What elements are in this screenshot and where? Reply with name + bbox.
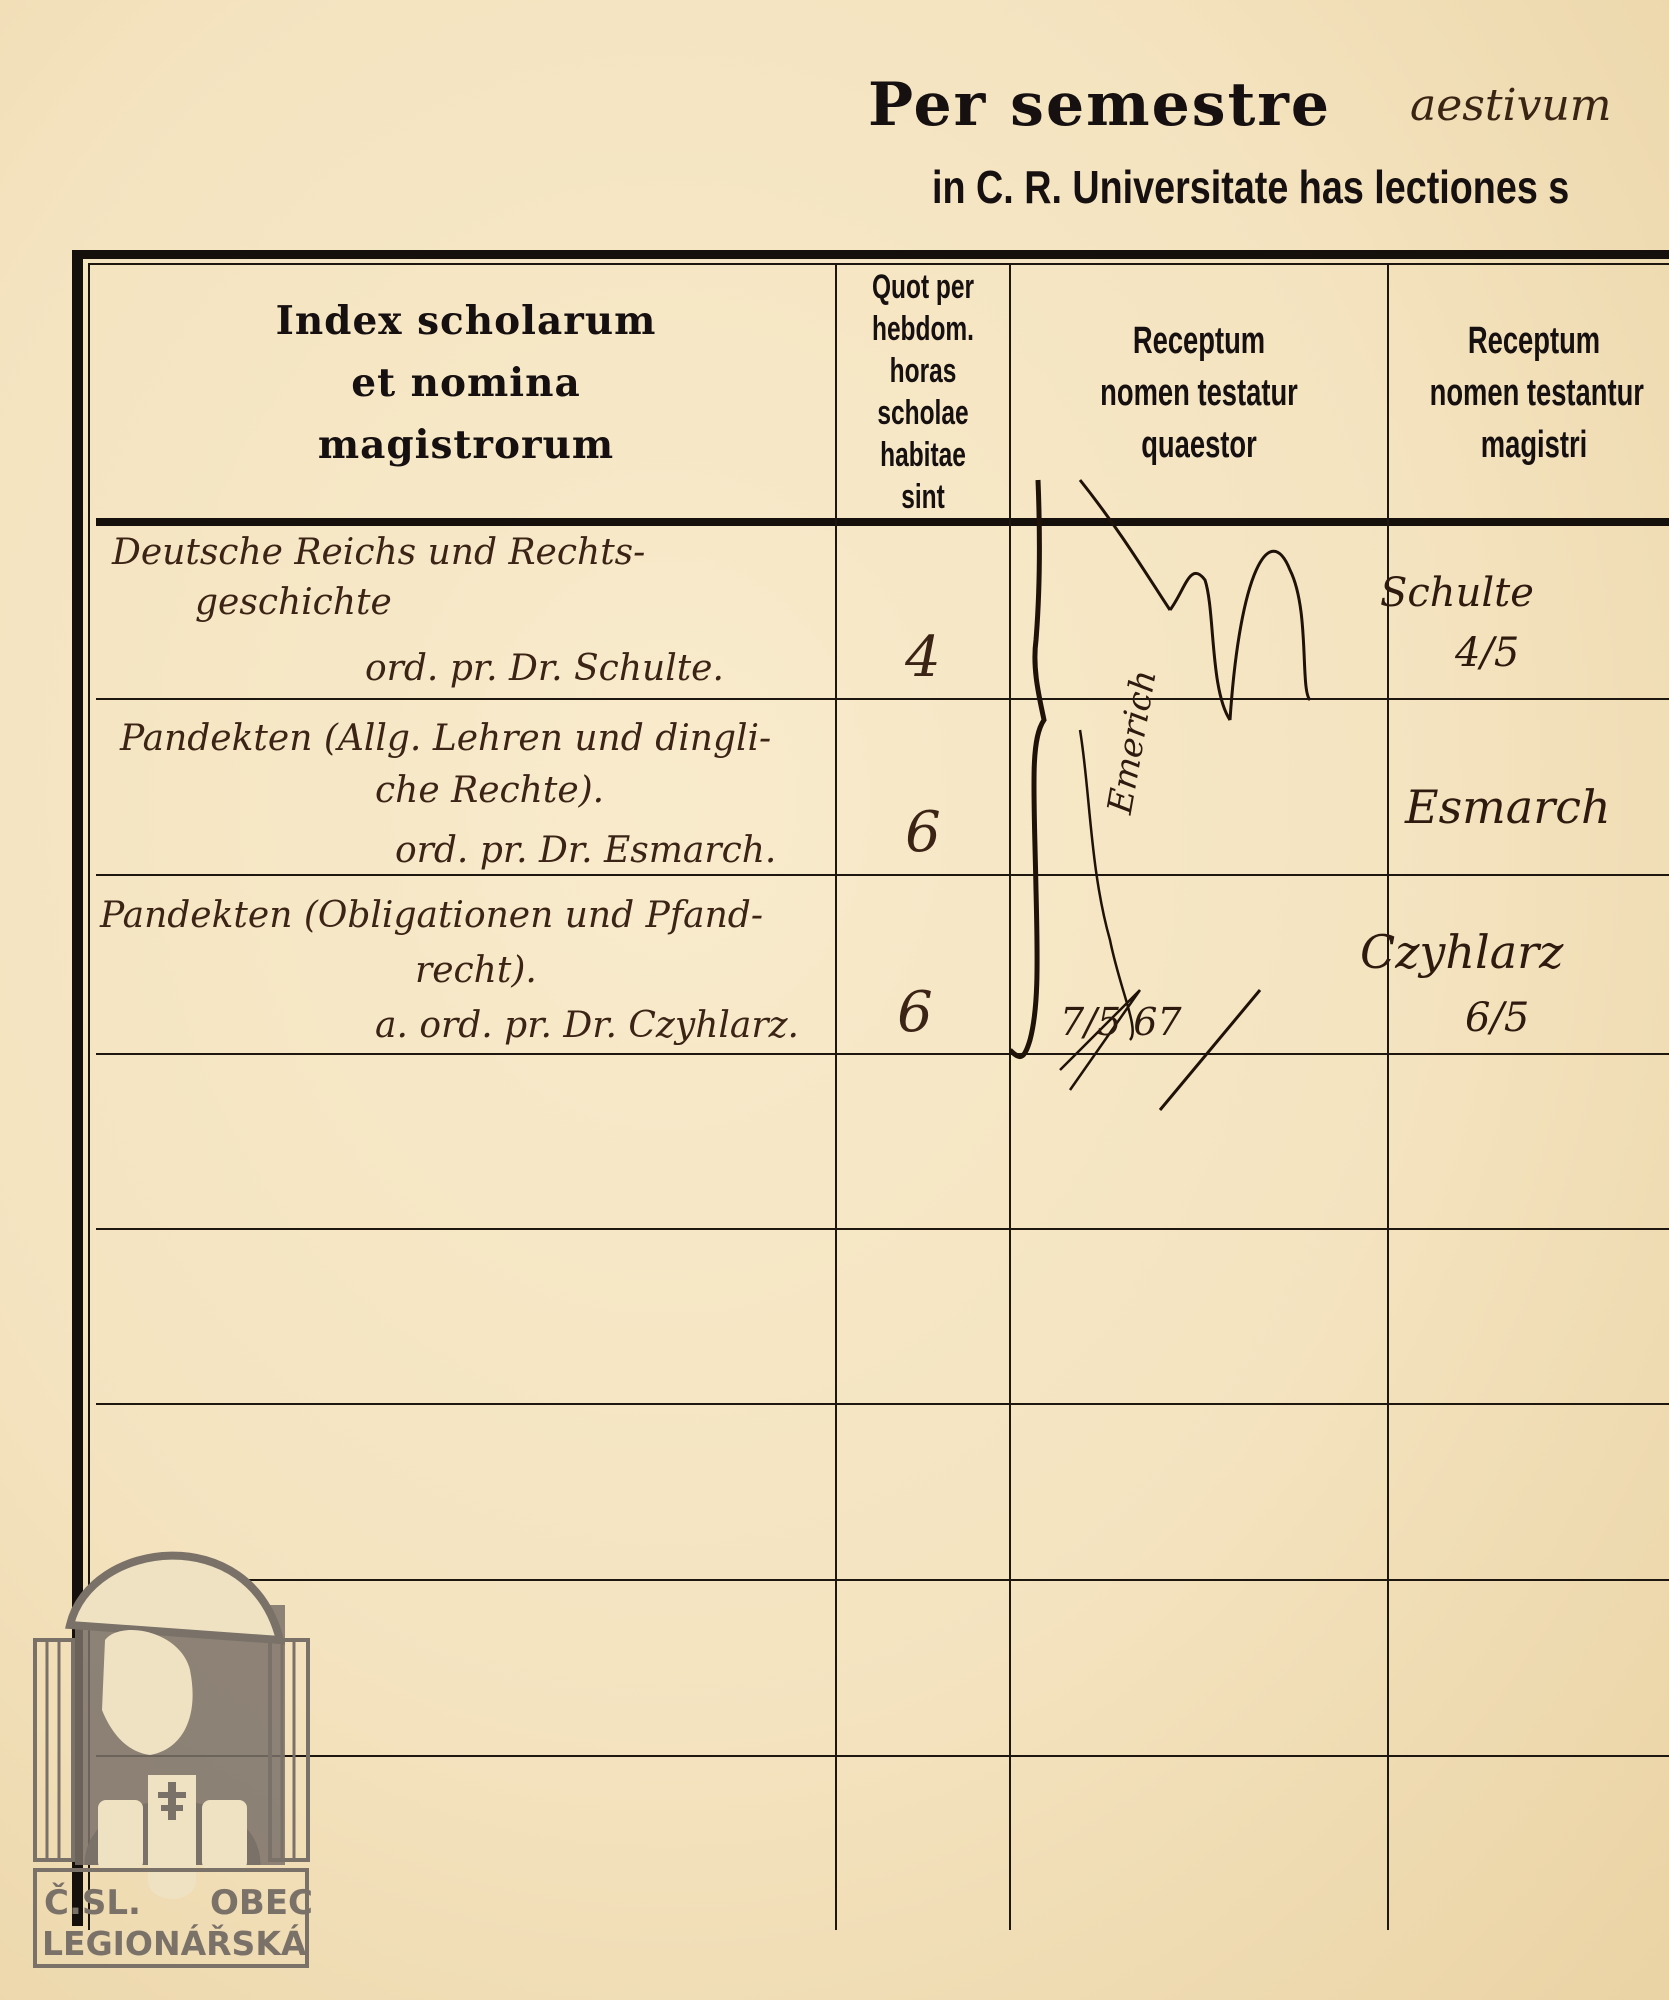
subject-line: Pandekten (Allg. Lehren und dingli- xyxy=(120,718,771,759)
magistri-signature: Czyhlarz xyxy=(1360,925,1563,979)
watermark-text: OBEC xyxy=(210,1883,312,1923)
hours-value: 4 xyxy=(838,625,1008,690)
subject-line: recht). xyxy=(415,950,537,991)
row-rule xyxy=(96,874,1669,876)
subject-line: Deutsche Reichs und Rechts- xyxy=(112,532,645,573)
semester-handwritten: aestivum xyxy=(1410,80,1612,131)
header-line: sint xyxy=(861,476,985,518)
subject-line: che Rechte). xyxy=(375,770,604,811)
professor-name: ord. pr. Dr. Esmarch. xyxy=(395,830,776,871)
header-line: habitae xyxy=(861,434,985,476)
magistri-signature: Schulte xyxy=(1380,570,1534,616)
row-rule xyxy=(96,1228,1669,1230)
subject-line: Pandekten (Obligationen und Pfand- xyxy=(100,895,763,936)
header-line: horas xyxy=(861,350,985,392)
table-top-border xyxy=(72,250,1669,259)
page-title: Per semestre xyxy=(868,70,1331,140)
header-line: nomen testantur xyxy=(1430,367,1639,419)
header-line: magistrorum xyxy=(96,414,836,476)
header-line: Quot per xyxy=(861,266,985,308)
header-line: et nomina xyxy=(96,352,836,414)
quaestor-date: 7/5 67 xyxy=(1060,1000,1182,1044)
watermark-logo: Č.SL. OBEC LEGIONÁŘSKÁ xyxy=(30,1530,312,1970)
hours-value: 6 xyxy=(838,800,1008,865)
header-line: hebdom. xyxy=(861,308,985,350)
row-rule xyxy=(96,698,1669,700)
column-header-magistri: Receptum nomen testantur magistri xyxy=(1389,315,1669,471)
row-rule xyxy=(96,1053,1669,1055)
row-rule xyxy=(96,1403,1669,1405)
hours-value: 6 xyxy=(830,980,1000,1045)
header-line: quaestor xyxy=(1064,419,1335,471)
table-inner-top-rule xyxy=(88,263,1669,265)
column-header-index: Index scholarum et nomina magistrorum xyxy=(96,290,836,476)
header-line: Receptum xyxy=(1430,315,1639,367)
watermark-text: LEGIONÁŘSKÁ xyxy=(42,1923,307,1963)
header-bottom-rule xyxy=(96,518,1669,526)
header-line: scholae xyxy=(861,392,985,434)
magistri-date: 6/5 xyxy=(1465,995,1529,1041)
professor-name: a. ord. pr. Dr. Czyhlarz. xyxy=(375,1005,799,1046)
column-header-quaestor: Receptum nomen testatur quaestor xyxy=(1011,315,1387,471)
magistri-date: 4/5 xyxy=(1455,630,1519,676)
header-line: Receptum xyxy=(1064,315,1335,367)
magistri-signature: Esmarch xyxy=(1405,780,1611,834)
row-rule xyxy=(96,1755,1669,1757)
column-header-hours: Quot per hebdom. horas scholae habitae s… xyxy=(837,266,1009,518)
row-rule xyxy=(96,1579,1669,1581)
header-line: magistri xyxy=(1430,419,1639,471)
legionnaire-emblem-icon: Č.SL. OBEC LEGIONÁŘSKÁ xyxy=(30,1530,312,1970)
subject-line: geschichte xyxy=(195,582,392,623)
professor-name: ord. pr. Dr. Schulte. xyxy=(365,648,724,689)
watermark-text: Č.SL. xyxy=(44,1882,141,1923)
header-line: nomen testatur xyxy=(1064,367,1335,419)
page-subtitle: in C. R. Universitate has lectiones s xyxy=(932,160,1569,214)
header-line: Index scholarum xyxy=(96,290,836,352)
